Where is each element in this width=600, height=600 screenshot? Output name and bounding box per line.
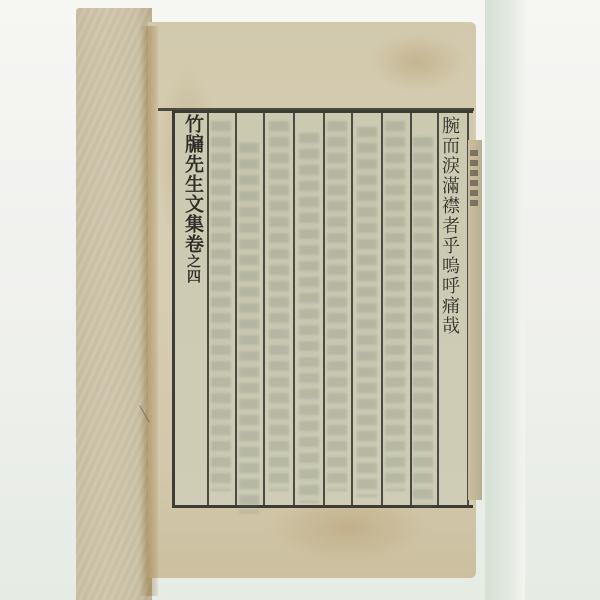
show-through-text bbox=[211, 121, 231, 491]
background-shadow bbox=[485, 0, 525, 600]
column-rule bbox=[235, 113, 237, 505]
next-leaf-title-mark bbox=[470, 150, 478, 210]
volume-title: 竹牖先生文集卷之四 bbox=[174, 114, 204, 284]
book-gutter bbox=[140, 26, 158, 596]
show-through-text bbox=[239, 143, 259, 513]
volume-number: 之四 bbox=[185, 254, 201, 284]
show-through-text bbox=[327, 121, 347, 491]
column-rule bbox=[263, 113, 265, 505]
show-through-text bbox=[385, 121, 405, 491]
volume-title-text: 竹牖先生文集卷 bbox=[182, 114, 204, 254]
column-rule bbox=[293, 113, 295, 505]
column-rule bbox=[381, 113, 383, 505]
column-rule bbox=[351, 113, 353, 505]
column-rule bbox=[323, 113, 325, 505]
text-column: 腕而淚滿襟者乎嗚呼痛哉 bbox=[430, 116, 460, 336]
column-rule bbox=[207, 113, 209, 505]
show-through-text bbox=[269, 121, 289, 491]
show-through-text bbox=[357, 127, 377, 497]
water-stain bbox=[368, 32, 468, 92]
printed-frame bbox=[172, 110, 473, 508]
column-rule bbox=[410, 113, 412, 505]
show-through-text bbox=[299, 133, 319, 503]
